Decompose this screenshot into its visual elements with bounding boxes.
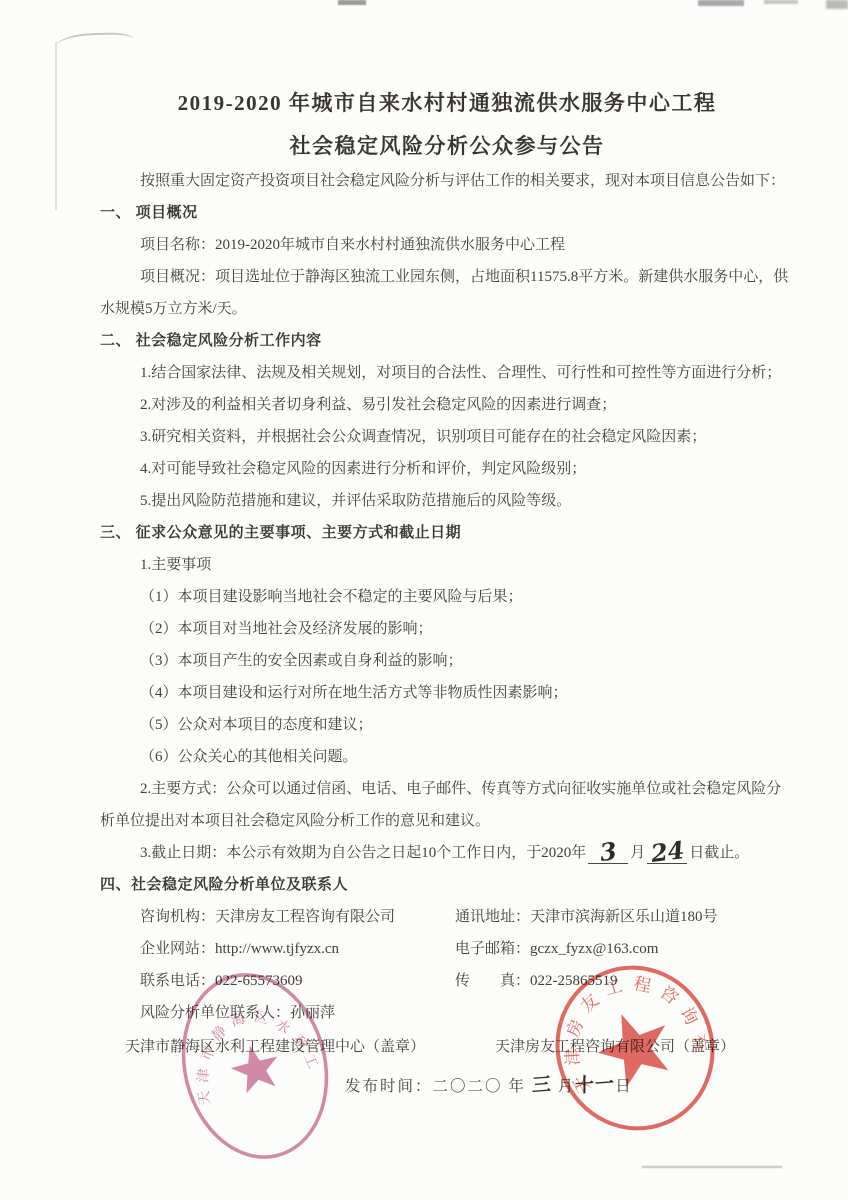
main-matters-label: 1.主要事项 [100,549,794,581]
matter-4: （4）本项目建设和运行对所在地生活方式等非物质性因素影响； [100,677,794,709]
contact-row-4: 风险分析单位联系人：孙丽萍 [100,997,794,1029]
document-body: 2019-2020 年城市自来水村村通独流供水服务中心工程 社会稳定风险分析公众… [100,0,794,1103]
contact-person: 风险分析单位联系人：孙丽萍 [140,997,335,1029]
doc-title-line2: 社会稳定风险分析公众参与公告 [100,131,794,161]
sign-unit-left: 天津市静海区水利工程建设管理中心（盖章） [125,1031,473,1063]
scan-edge-line-left [55,42,57,210]
month-blank: 3 [588,839,628,864]
matter-3: （3）本项目产生的安全因素或自身利益的影响； [100,645,794,677]
day-blank: 24 [647,839,687,864]
publish-suffix: 日 [615,1078,633,1095]
email-address: 电子邮箱：gczx_fyzx@163.com [455,933,794,965]
scan-smudge-top-4 [826,0,848,9]
mail-address: 通讯地址：天津市滨海新区乐山道180号 [455,901,794,933]
phone-number: 联系电话：022-65573609 [140,965,455,997]
work-item-5: 5.提出风险防范措施和建议，并评估采取防范措施后的风险等级。 [100,485,794,517]
section4-heading: 四、社会稳定风险分析单位及联系人 [100,869,794,901]
matter-1: （1）本项目建设影响当地社会不稳定的主要风险与后果； [100,581,794,613]
fax-number: 传 真：022-25865519 [455,965,794,997]
signature-row: 天津市静海区水利工程建设管理中心（盖章） 天津房友工程咨询有限公司（盖章） [100,1031,794,1063]
handwritten-publish-month: 三 [532,1068,552,1101]
consult-org: 咨询机构：天津房友工程咨询有限公司 [140,901,455,933]
publish-mid: 月 [558,1078,576,1095]
work-item-4: 4.对可能导致社会稳定风险的因素进行分析和评价，判定风险级别； [100,453,794,485]
deadline-prefix: 3.截止日期：本公示有效期为自公告之日起10个工作日内，于2020年 [140,845,586,861]
sign-unit-right: 天津房友工程咨询有限公司（盖章） [495,1031,735,1063]
publish-prefix: 发布时间：二〇二〇 年 [345,1078,526,1095]
handwritten-day: 24 [649,840,685,864]
handwritten-publish-day: 十一 [575,1068,615,1103]
section1-heading: 一、 项目概况 [100,197,794,229]
contact-row-1: 咨询机构：天津房友工程咨询有限公司 通讯地址：天津市滨海新区乐山道180号 [100,901,794,933]
company-website: 企业网站：http://www.tjfyzx.cn [140,933,455,965]
project-overview: 项目概况：项目选址位于静海区独流工业园东侧，占地面积11575.8平方米。新建供… [100,261,794,325]
work-item-2: 2.对涉及的利益相关者切身利益、易引发社会稳定风险的因素进行调查； [100,389,794,421]
main-method-paragraph: 2.主要方式：公众可以通过信函、电话、电子邮件、传真等方式向征收实施单位或社会稳… [100,773,794,837]
matter-5: （5）公众对本项目的态度和建议； [100,709,794,741]
scan-line-bottom-right [642,1166,782,1168]
section3-heading: 三、 征求公众意见的主要事项、主要方式和截止日期 [100,517,794,549]
matter-2: （2）本项目对当地社会及经济发展的影响； [100,613,794,645]
project-name-line: 项目名称：2019-2020年城市自来水村村通独流供水服务中心工程 [100,229,794,261]
work-item-1: 1.结合国家法律、法规及相关规划，对项目的合法性、合理性、可行性和可控性等方面进… [100,357,794,389]
doc-title-line1: 2019-2020 年城市自来水村村通独流供水服务中心工程 [100,88,794,118]
deadline-mid: 月 [630,845,645,861]
matter-6: （6）公众关心的其他相关问题。 [100,741,794,773]
work-item-3: 3.研究相关资料，并根据社会公众调查情况，识别项目可能存在的社会稳定风险因素； [100,421,794,453]
section2-heading: 二、 社会稳定风险分析工作内容 [100,325,794,357]
deadline-suffix: 日截止。 [689,845,749,861]
contact-row-3: 联系电话：022-65573609 传 真：022-25865519 [100,965,794,997]
contact-row-2: 企业网站：http://www.tjfyzx.cn 电子邮箱：gczx_fyzx… [100,933,794,965]
handwritten-month: 3 [599,841,618,863]
scanned-document-page: 2019-2020 年城市自来水村村通独流供水服务中心工程 社会稳定风险分析公众… [0,0,848,1200]
deadline-line: 3.截止日期：本公示有效期为自公告之日起10个工作日内，于2020年3月24日截… [100,837,794,869]
publish-date-line: 发布时间：二〇二〇 年 三 月十一日 [345,1069,794,1103]
intro-paragraph: 按照重大固定资产投资项目社会稳定风险分析与评估工作的相关要求，现对本项目信息公告… [100,165,794,197]
